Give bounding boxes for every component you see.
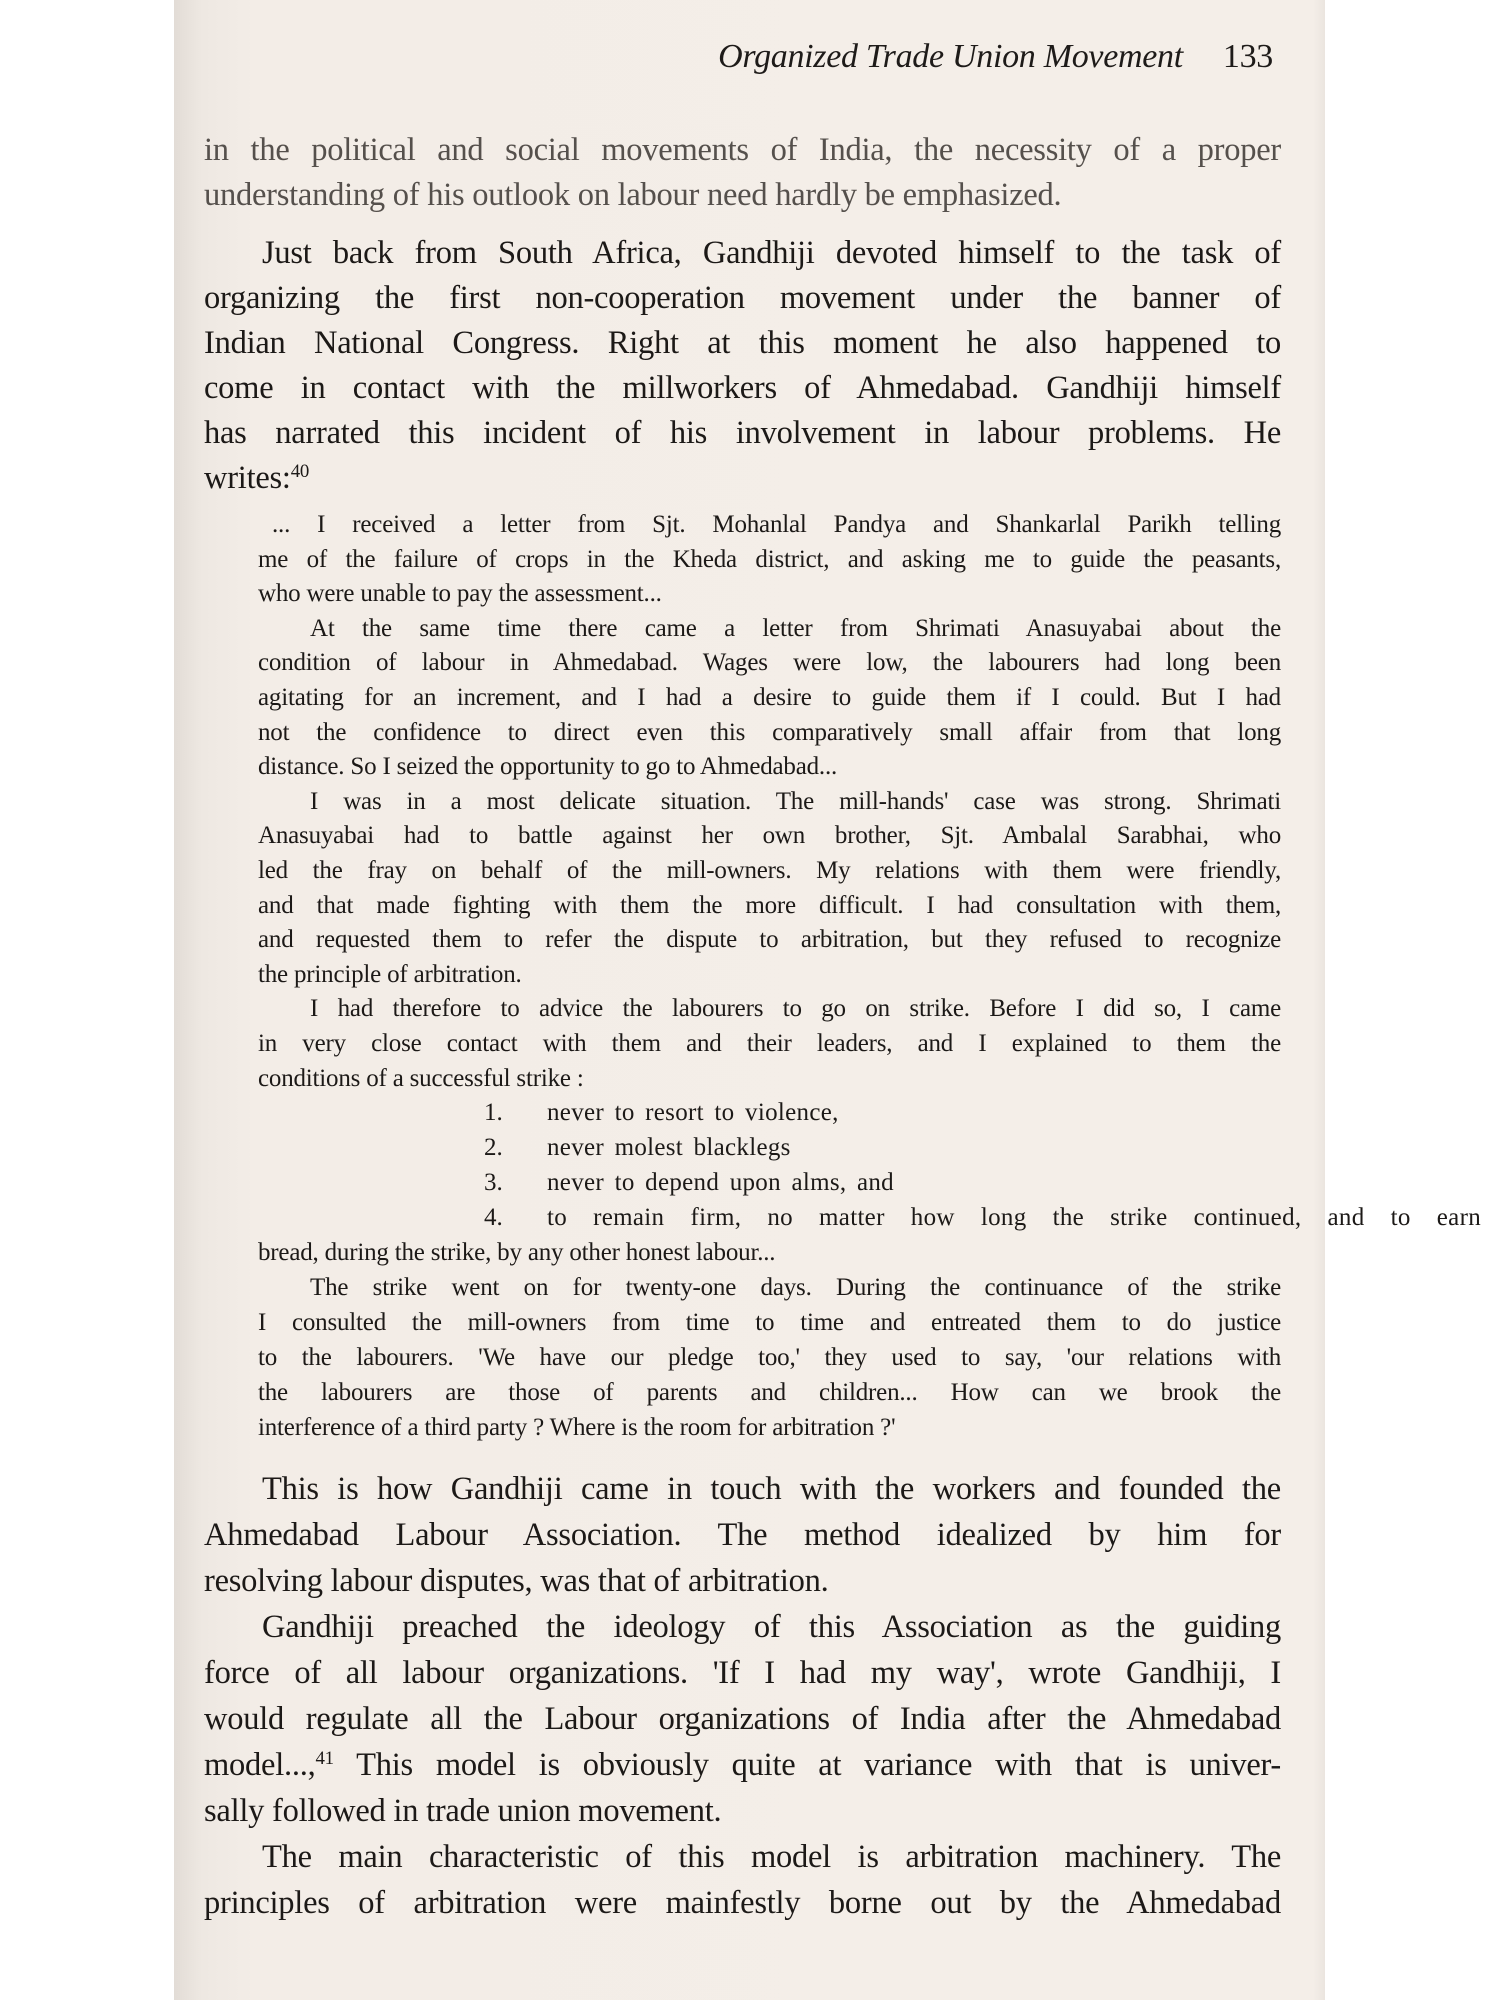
text-line: sally followed in trade union movement. (204, 1789, 1281, 1834)
footnote-ref-40[interactable]: 40 (291, 461, 309, 482)
list-item: 4. to remain firm, no matter how long th… (484, 1201, 1481, 1236)
list-number: 4. (484, 1201, 524, 1236)
quote-line: distance. So I seized the opportunity to… (258, 750, 1281, 785)
quote-line: At the same time there came a letter fro… (258, 612, 1281, 647)
text-line: Ahmedabad Labour Association. The method… (204, 1513, 1281, 1558)
quote-line: in very close contact with them and thei… (258, 1027, 1281, 1062)
text-line: resolving labour disputes, was that of a… (204, 1559, 1281, 1604)
text-line: Just back from South Africa, Gandhiji de… (204, 231, 1281, 276)
quote-line: I had therefore to advice the labourers … (258, 992, 1281, 1027)
text-span: This model is obviously quite at varianc… (334, 1747, 1281, 1783)
quote-line: I was in a most delicate situation. The … (258, 785, 1281, 820)
text-line: in the political and social movements of… (204, 128, 1281, 173)
quote-line: the labourers are those of parents and c… (258, 1376, 1281, 1411)
quote-line: bread, during the strike, by any other h… (258, 1236, 1281, 1271)
chapter-title: Organized Trade Union Movement (718, 38, 1183, 75)
list-text: to remain firm, no matter how long the s… (547, 1201, 1481, 1236)
footnote-ref-41[interactable]: 41 (315, 1748, 333, 1769)
text-line: This is how Gandhiji came in touch with … (204, 1467, 1281, 1512)
quote-line: condition of labour in Ahmedabad. Wages … (258, 646, 1281, 681)
text-line: come in contact with the millworkers of … (204, 366, 1281, 411)
quote-line: and that made fighting with them the mor… (258, 889, 1281, 924)
text-line: understanding of his outlook on labour n… (204, 173, 1281, 218)
list-number: 1. (484, 1096, 524, 1131)
book-page: Organized Trade Union Movement133 in the… (174, 0, 1325, 2000)
text-line: principles of arbitration were mainfestl… (204, 1881, 1281, 1926)
list-text: never to depend upon alms, and (547, 1166, 894, 1201)
list-text: never molest blacklegs (547, 1131, 791, 1166)
text-line: Gandhiji preached the ideology of this A… (204, 1605, 1281, 1650)
text-line: force of all labour organizations. 'If I… (204, 1651, 1281, 1696)
quote-line: not the confidence to direct even this c… (258, 716, 1281, 751)
text-line: The main characteristic of this model is… (204, 1835, 1281, 1880)
quote-line: and requested them to refer the dispute … (258, 923, 1281, 958)
quote-line: to the labourers. 'We have our pledge to… (258, 1341, 1281, 1376)
quote-line: who were unable to pay the assessment... (258, 577, 1281, 612)
text-line: Indian National Congress. Right at this … (204, 321, 1281, 366)
text-line: organizing the first non-cooperation mov… (204, 276, 1281, 321)
text-line: has narrated this incident of his involv… (204, 411, 1281, 456)
text-span: model..., (204, 1747, 315, 1783)
quote-line: ... I received a letter from Sjt. Mohanl… (258, 508, 1281, 543)
text-line: writes:40 (204, 456, 1281, 501)
quote-line: me of the failure of crops in the Kheda … (258, 543, 1281, 578)
list-number: 2. (484, 1131, 524, 1166)
quote-line: Anasuyabai had to battle against her own… (258, 819, 1281, 854)
text-span: writes: (204, 460, 291, 496)
quote-line: the principle of arbitration. (258, 958, 1281, 993)
text-line: model...,41 This model is obviously quit… (204, 1743, 1281, 1788)
page-number: 133 (1223, 38, 1273, 75)
quote-line: agitating for an increment, and I had a … (258, 681, 1281, 716)
quote-line: led the fray on behalf of the mill-owner… (258, 854, 1281, 889)
running-head: Organized Trade Union Movement133 (718, 38, 1273, 76)
list-number: 3. (484, 1166, 524, 1201)
quote-line: I consulted the mill-owners from time to… (258, 1306, 1281, 1341)
quote-line: conditions of a successful strike : (258, 1062, 1281, 1097)
quote-line: interference of a third party ? Where is… (258, 1411, 1281, 1446)
text-line: would regulate all the Labour organizati… (204, 1697, 1281, 1742)
list-text: never to resort to violence, (547, 1096, 839, 1131)
quote-line: The strike went on for twenty-one days. … (258, 1271, 1281, 1306)
